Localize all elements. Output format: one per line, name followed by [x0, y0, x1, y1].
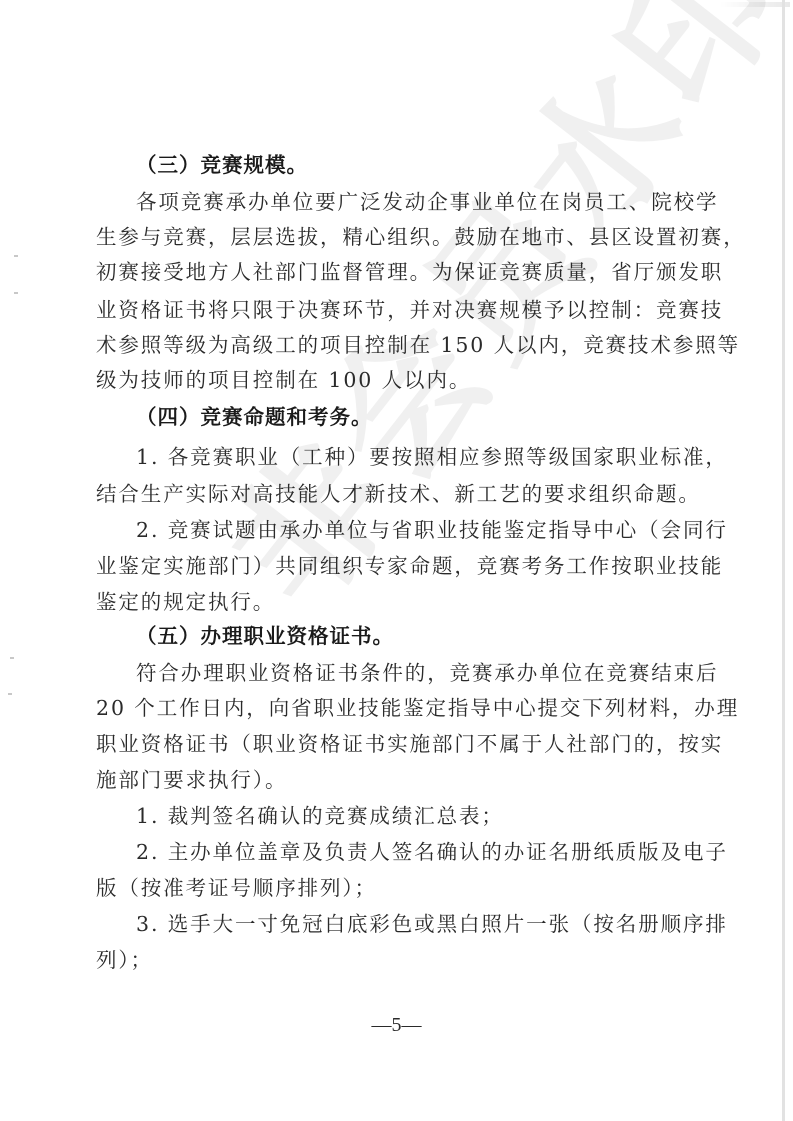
- scan-speck: [10, 657, 14, 659]
- paragraph-line: 业资格证书将只限于决赛环节，并对决赛规模予以控制：竞赛技: [96, 297, 700, 323]
- paragraph-line: 级为技师的项目控制在 100 人以内。: [96, 367, 700, 393]
- scan-edge-shade: [720, 2, 790, 7]
- paragraph-line: 2. 竞赛试题由承办单位与省职业技能鉴定指导中心（会同行: [136, 517, 700, 543]
- section-heading-3: （三）竞赛规模。: [136, 152, 700, 178]
- paragraph-line: 结合生产实际对高技能人才新技术、新工艺的要求组织命题。: [96, 481, 700, 507]
- list-item: 3. 选手大一寸免冠白底彩色或黑白照片一张（按名册顺序排: [136, 911, 700, 937]
- list-item: 2. 主办单位盖章及负责人签名确认的办证名册纸质版及电子: [136, 839, 700, 865]
- paragraph-line: 业鉴定实施部门）共同组织专家命题，竞赛考务工作按职业技能: [96, 553, 700, 579]
- section-heading-5: （五）办理职业资格证书。: [136, 623, 700, 649]
- section-heading-4: （四）竞赛命题和考务。: [136, 404, 700, 430]
- scan-page-edge: [782, 0, 785, 1121]
- scan-speck: [14, 255, 18, 257]
- paragraph-line: 20 个工作日内，向省职业技能鉴定指导中心提交下列材料，办理: [96, 695, 700, 721]
- page-number: —5—: [0, 1014, 793, 1037]
- paragraph-line: 鉴定的规定执行。: [96, 589, 700, 615]
- paragraph-line: 各项竞赛承办单位要广泛发动企事业单位在岗员工、院校学: [136, 189, 700, 215]
- scan-speck: [14, 292, 18, 294]
- paragraph-line: 初赛接受地方人社部门监督管理。为保证竞赛质量，省厅颁发职: [96, 259, 700, 285]
- paragraph-line: 符合办理职业资格证书条件的，竞赛承办单位在竞赛结束后: [136, 660, 700, 686]
- paragraph-line: 1. 各竞赛职业（工种）要按照相应参照等级国家职业标准，: [136, 444, 700, 470]
- list-item-continuation: 列）；: [96, 947, 700, 973]
- list-item: 1. 裁判签名确认的竞赛成绩汇总表；: [136, 803, 700, 829]
- paragraph-line: 职业资格证书（职业资格证书实施部门不属于人社部门的，按实: [96, 731, 700, 757]
- paragraph-line: 施部门要求执行）。: [96, 767, 700, 793]
- list-item-continuation: 版（按准考证号顺序排列）；: [96, 875, 700, 901]
- paragraph-line: 生参与竞赛，层层选拔，精心组织。鼓励在地市、县区设置初赛，: [96, 224, 700, 250]
- document-page: 非会员水印 （三）竞赛规模。 各项竞赛承办单位要广泛发动企事业单位在岗员工、院校…: [0, 0, 793, 1121]
- scan-speck: [8, 693, 12, 695]
- paragraph-line: 术参照等级为高级工的项目控制在 150 人以内，竞赛技术参照等: [96, 332, 700, 358]
